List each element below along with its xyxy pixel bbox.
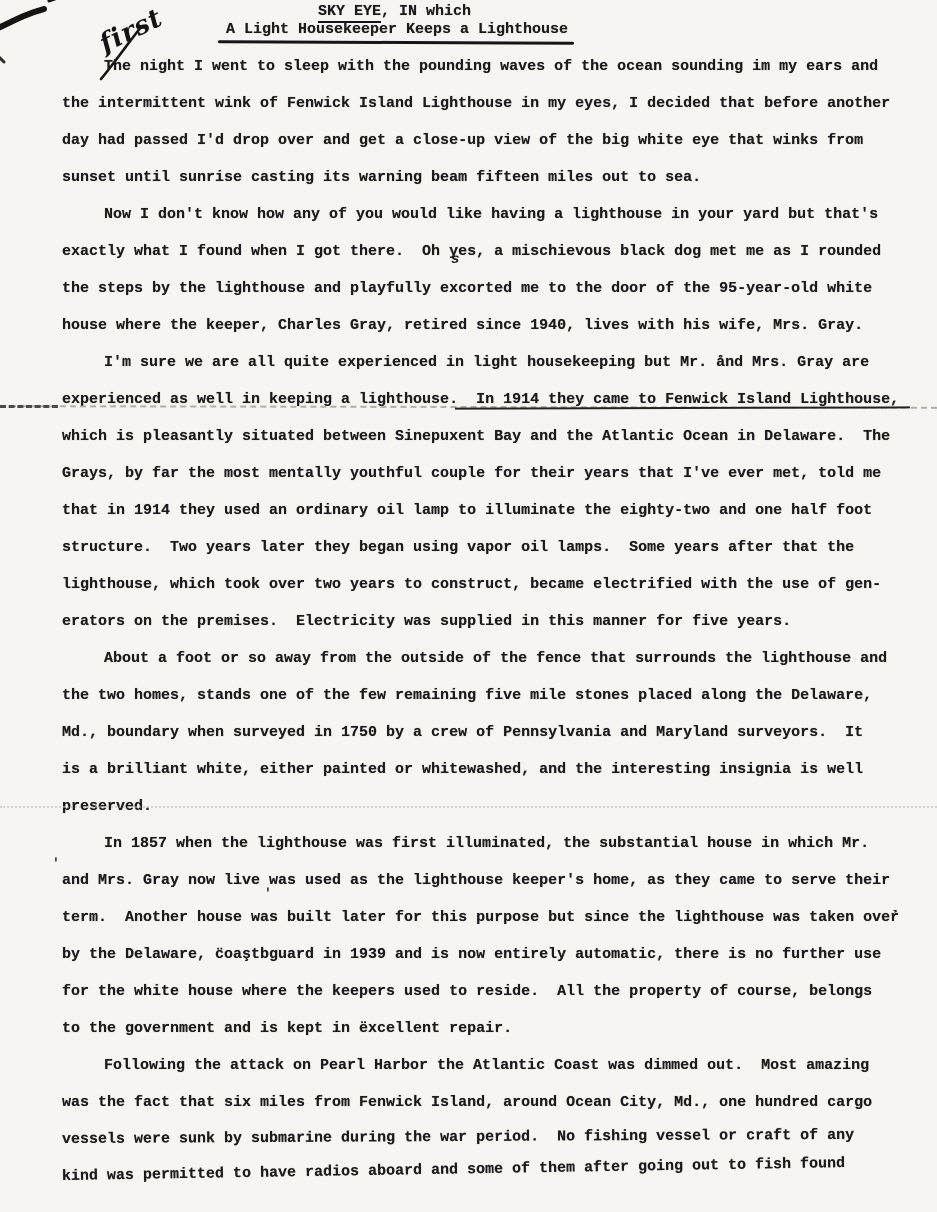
text-line: for the white house where the keepers us… — [62, 973, 922, 1010]
text-line: was the fact that six miles from Fenwick… — [62, 1084, 922, 1121]
text-line: is a brilliant white, either painted or … — [62, 751, 922, 788]
text-line: the steps by the lighthouse and playfull… — [62, 270, 922, 307]
text-line: house where the keeper, Charles Gray, re… — [62, 307, 922, 344]
document-body: The night I went to sleep with the pound… — [62, 48, 922, 1195]
text-line: Now I don't know how any of you would li… — [62, 196, 922, 233]
text-line: Grays, by far the most mentally youthful… — [62, 455, 922, 492]
text-line: the intermittent wink of Fenwick Island … — [62, 85, 922, 122]
text-line: lighthouse, which took over two years to… — [62, 566, 922, 603]
text-line: which is pleasantly situated between Sin… — [62, 418, 922, 455]
document-title-line2: A Light Housekeeper Keeps a Lighthouse — [226, 21, 568, 38]
text-line: experienced as well in keeping a lightho… — [62, 381, 922, 418]
paragraph: About a foot or so away from the outside… — [62, 640, 922, 825]
margin-tick-mark: ' — [52, 856, 60, 871]
paragraph: I'm sure we are all quite experienced in… — [62, 344, 922, 640]
text-line: erators on the premises. Electricity was… — [62, 603, 922, 640]
text-line: About a foot or so away from the outside… — [62, 640, 922, 677]
paragraph: In 1857 when the lighthouse was first il… — [62, 825, 922, 1047]
title-underline — [218, 40, 574, 45]
text-line: structure. Two years later they began us… — [62, 529, 922, 566]
pen-check-mark — [0, 9, 44, 28]
text-line: that in 1914 they used an ordinary oil l… — [62, 492, 922, 529]
text-line: by the Delaware, c̈oaştbguard in 1939 an… — [62, 936, 922, 973]
title-rest-part: , IN which — [381, 3, 471, 20]
text-line: and Mrs. Gray now live was used as the l… — [62, 862, 922, 899]
text-line: term. Another house was built later for … — [62, 899, 922, 936]
text-line: to the government and is kept in ëxcelle… — [62, 1010, 922, 1047]
fold-line-left-dashes — [0, 405, 58, 408]
text-line: I'm sure we are all quite experienced in… — [62, 344, 922, 381]
document-title-line1: SKY EYE, IN which — [318, 3, 471, 20]
text-line: Following the attack on Pearl Harbor the… — [62, 1047, 922, 1084]
pen-speck-2 — [0, 57, 4, 62]
text-line: sunset until sunrise casting its warning… — [62, 159, 922, 196]
paragraph: Following the attack on Pearl Harbor the… — [62, 1047, 922, 1195]
text-line: day had passed I'd drop over and get a c… — [62, 122, 922, 159]
text-line: The night I went to sleep with the pound… — [62, 48, 922, 85]
text-line: Md., boundary when surveyed in 1750 by a… — [62, 714, 922, 751]
pen-speck — [49, 0, 55, 1]
title-underlined-part: SKY EYE — [318, 3, 381, 23]
paragraph: The night I went to sleep with the pound… — [62, 48, 922, 196]
text-line: exactly what I found when I got there. O… — [62, 233, 922, 270]
text-line: the two homes, stands one of the few rem… — [62, 677, 922, 714]
text-line: preserved. — [62, 788, 922, 825]
document-page: SKY EYE, IN which A Light Housekeeper Ke… — [0, 0, 937, 1212]
text-line: In 1857 when the lighthouse was first il… — [62, 825, 922, 862]
stray-apostrophe-mark: ' — [264, 886, 272, 901]
paragraph: Now I don't know how any of you would li… — [62, 196, 922, 344]
